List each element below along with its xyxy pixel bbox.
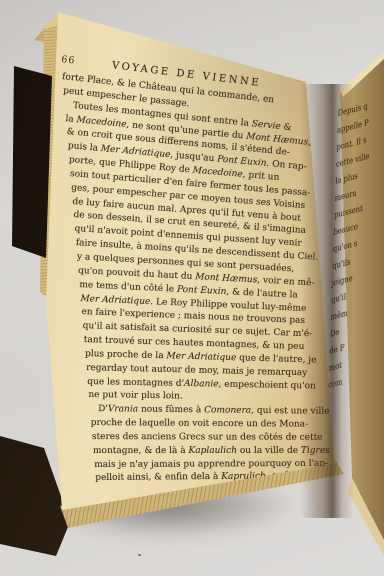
- page-number: 66: [61, 54, 76, 67]
- surface-speck: [138, 554, 141, 556]
- gutter-shadow: [300, 84, 354, 518]
- left-page-text-block: forte Place, & le Château qui la command…: [62, 71, 318, 486]
- photo-of-open-book: Depuis qappelle Ppont. Il scette villela…: [0, 0, 384, 576]
